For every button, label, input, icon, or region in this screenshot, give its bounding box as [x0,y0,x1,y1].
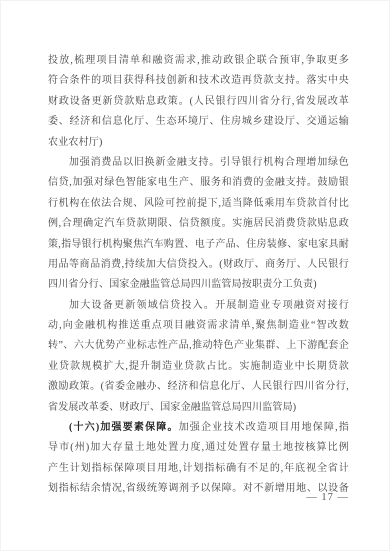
text-line: 投放,梳理项目清单和融资需求,推动政银企联合预审,争取更多 [48,51,349,71]
text-line: 加大设备更新领域信贷投入。开展制造业专项融资对接行 [48,296,349,316]
paragraph-3: 加大设备更新领域信贷投入。开展制造业专项融资对接行动,向金融机构推送重点项目融资… [48,296,349,418]
text-line: 财政设备更新贷款贴息政策。(人民银行四川省分行,省发展改革 [48,92,349,112]
text-line: 四川省分行、国家金融监管总局四川监管局按职责分工负责) [48,275,349,295]
text-line: 业贷款规模扩大,提升制造业贷款占比。实施制造业中长期贷款 [48,357,349,377]
page-number: — 17 — [48,491,349,505]
paragraph-1: 投放,梳理项目清单和融资需求,推动政银企联合预审,争取更多符合条件的项目获得科技… [48,51,349,153]
text-line: 转”、六大优势产业标志性产品,推动特色产业集群、上下游配套企 [48,336,349,356]
text-line: 行机构在依法合规、风险可控前提下,适当降低乘用车贷款首付比 [48,194,349,214]
document-page: 投放,梳理项目清单和融资需求,推动政银企联合预审,争取更多符合条件的项目获得科技… [0,0,390,551]
text-line: 加强消费品以旧换新金融支持。引导银行机构合理增加绿色 [48,153,349,173]
text-line: 符合条件的项目获得科技创新和技术改造再贷款支持。落实中央 [48,71,349,91]
bold-section-heading: (十六)加强要素保障。 [69,422,179,433]
paragraph-4: (十六)加强要素保障。加强企业技术改造项目用地保障,指导市(州)加大存量土地处置… [48,418,349,500]
text-line: 委、经济和信息化厅、生态环境厅、住房城乡建设厅、交通运输厅、 [48,112,349,132]
text-line: 信贷,加强对绿色智能家电生产、服务和消费的金融支持。鼓励银 [48,173,349,193]
text-line: 激励政策。(省委金融办、经济和信息化厅、人民银行四川省分行, [48,377,349,397]
text-line: 用品等商品消费,持续加大信贷投入。(财政厅、商务厅、人民银行 [48,255,349,275]
text-line: 农业农村厅) [48,133,349,153]
text-line: 动,向金融机构推送重点项目融资需求清单,聚焦制造业“智改数 [48,316,349,336]
text-line: (十六)加强要素保障。加强企业技术改造项目用地保障,指 [48,418,349,438]
paragraph-2: 加强消费品以旧换新金融支持。引导银行机构合理增加绿色信贷,加强对绿色智能家电生产… [48,153,349,296]
text-line: 省发展改革委、财政厅、国家金融监管总局四川监管局) [48,398,349,418]
text-line: 导市(州)加大存量土地处置力度,通过处置存量土地按核算比例 [48,438,349,458]
text-line: 策,指导银行机构聚焦汽车购置、电子产品、住房装修、家电家具耐 [48,235,349,255]
text-line: 产生计划指标保障项目用地,计划指标确有不足的,年底视全省计 [48,459,349,479]
text-line: 例,合理确定汽车贷款期限、信贷额度。实施居民消费贷款贴息政 [48,214,349,234]
document-body: 投放,梳理项目清单和融资需求,推动政银企联合预审,争取更多符合条件的项目获得科技… [48,51,349,500]
